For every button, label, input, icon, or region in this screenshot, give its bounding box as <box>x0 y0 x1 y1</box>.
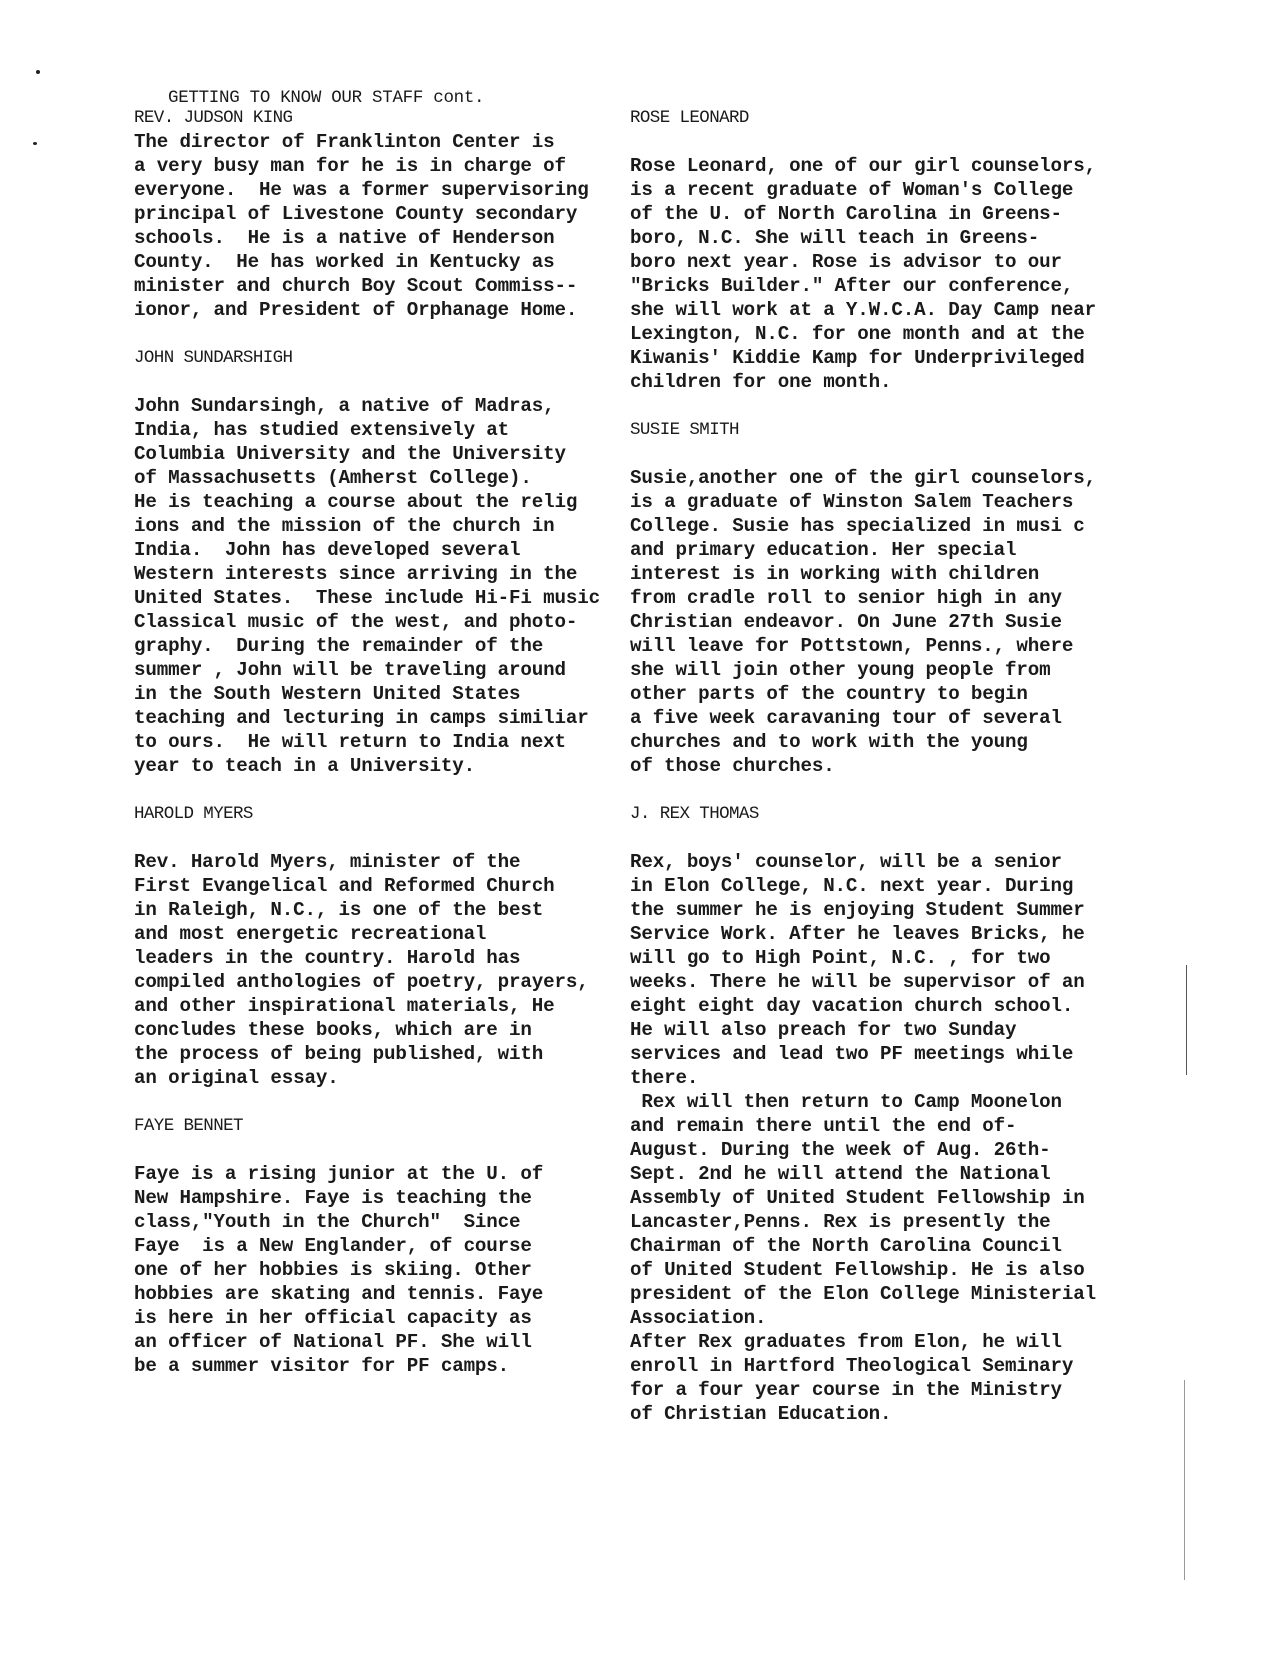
bio-text-line: she will work at a Y.W.C.A. Day Camp nea… <box>630 298 1096 322</box>
bio-text-line: there. <box>630 1066 698 1090</box>
bio-text-line: in Raleigh, N.C., is one of the best <box>134 898 543 922</box>
bio-text-line: be a summer visitor for PF camps. <box>134 1354 509 1378</box>
bio-text-line: minister and church Boy Scout Commiss-- <box>134 274 577 298</box>
bio-text-line: the process of being published, with <box>134 1042 543 1066</box>
bio-text-line: is a graduate of Winston Salem Teachers <box>630 490 1073 514</box>
bio-text-line: Classical music of the west, and photo- <box>134 610 577 634</box>
bio-text-line: India, has studied extensively at <box>134 418 509 442</box>
bio-text-line: in Elon College, N.C. next year. During <box>630 874 1073 898</box>
bio-text-line: churches and to work with the young <box>630 730 1028 754</box>
bio-text-line: of the U. of North Carolina in Greens- <box>630 202 1062 226</box>
staff-name-heading: ROSE LEONARD <box>630 106 749 130</box>
bio-text-line: principal of Livestone County secondary <box>134 202 577 226</box>
bio-text-line: boro next year. Rose is advisor to our <box>630 250 1062 274</box>
bio-text-line: County. He has worked in Kentucky as <box>134 250 554 274</box>
bio-text-line: leaders in the country. Harold has <box>134 946 520 970</box>
scan-edge-line <box>1186 965 1187 1075</box>
bio-text-line: New Hampshire. Faye is teaching the <box>134 1186 532 1210</box>
scan-speck <box>36 70 40 74</box>
bio-text-line: of United Student Fellowship. He is also <box>630 1258 1085 1282</box>
bio-text-line: services and lead two PF meetings while <box>630 1042 1073 1066</box>
bio-text-line: will go to High Point, N.C. , for two <box>630 946 1050 970</box>
bio-text-line: Columbia University and the University <box>134 442 566 466</box>
bio-text-line: Service Work. After he leaves Bricks, he <box>630 922 1085 946</box>
bio-text-line: to ours. He will return to India next <box>134 730 566 754</box>
bio-text-line: class,"Youth in the Church" Since <box>134 1210 520 1234</box>
bio-text-line: of those churches. <box>630 754 835 778</box>
bio-text-line: India. John has developed several <box>134 538 520 562</box>
bio-text-line: from cradle roll to senior high in any <box>630 586 1062 610</box>
bio-text-line: ions and the mission of the church in <box>134 514 554 538</box>
bio-text-line: an original essay. <box>134 1066 339 1090</box>
bio-text-line: and most energetic recreational <box>134 922 486 946</box>
bio-text-line: weeks. There he will be supervisor of an <box>630 970 1085 994</box>
bio-text-line: other parts of the country to begin <box>630 682 1028 706</box>
staff-name-heading: HAROLD MYERS <box>134 802 253 826</box>
bio-text-line: everyone. He was a former supervisoring <box>134 178 589 202</box>
bio-text-line: Faye is a rising junior at the U. of <box>134 1162 543 1186</box>
bio-text-line: ionor, and President of Orphanage Home. <box>134 298 577 322</box>
document-page: GETTING TO KNOW OUR STAFF cont. REV. JUD… <box>0 0 1274 1657</box>
staff-name-heading: FAYE BENNET <box>134 1114 243 1138</box>
bio-text-line: compiled anthologies of poetry, prayers, <box>134 970 589 994</box>
bio-text-line: John Sundarsingh, a native of Madras, <box>134 394 554 418</box>
bio-text-line: schools. He is a native of Henderson <box>134 226 554 250</box>
bio-text-line: Susie,another one of the girl counselors… <box>630 466 1096 490</box>
staff-name-heading: REV. JUDSON KING <box>134 106 292 130</box>
bio-text-line: teaching and lecturing in camps similiar <box>134 706 589 730</box>
bio-text-line: graphy. During the remainder of the <box>134 634 543 658</box>
bio-text-line: The director of Franklinton Center is <box>134 130 554 154</box>
bio-text-line: and other inspirational materials, He <box>134 994 554 1018</box>
bio-text-line: children for one month. <box>630 370 891 394</box>
bio-text-line: Lexington, N.C. for one month and at the <box>630 322 1085 346</box>
bio-text-line: United States. These include Hi-Fi music <box>134 586 600 610</box>
bio-text-line: Rose Leonard, one of our girl counselors… <box>630 154 1096 178</box>
bio-text-line: August. During the week of Aug. 26th- <box>630 1138 1050 1162</box>
bio-text-line: Assembly of United Student Fellowship in <box>630 1186 1085 1210</box>
bio-text-line: concludes these books, which are in <box>134 1018 532 1042</box>
staff-name-heading: SUSIE SMITH <box>630 418 739 442</box>
bio-text-line: After Rex graduates from Elon, he will <box>630 1330 1062 1354</box>
bio-text-line: and primary education. Her special <box>630 538 1016 562</box>
bio-text-line: for a four year course in the Ministry <box>630 1378 1062 1402</box>
bio-text-line: Chairman of the North Carolina Council <box>630 1234 1062 1258</box>
bio-text-line: boro, N.C. She will teach in Greens- <box>630 226 1039 250</box>
bio-text-line: one of her hobbies is skiing. Other <box>134 1258 532 1282</box>
bio-text-line: is a recent graduate of Woman's College <box>630 178 1073 202</box>
bio-text-line: an officer of National PF. She will <box>134 1330 532 1354</box>
bio-text-line: will leave for Pottstown, Penns., where <box>630 634 1073 658</box>
bio-text-line: Rev. Harold Myers, minister of the <box>134 850 520 874</box>
bio-text-line: Rex will then return to Camp Moonelon <box>630 1090 1062 1114</box>
bio-text-line: the summer he is enjoying Student Summer <box>630 898 1085 922</box>
scan-speck <box>33 142 37 145</box>
bio-text-line: First Evangelical and Reformed Church <box>134 874 554 898</box>
bio-text-line: Faye is a New Englander, of course <box>134 1234 532 1258</box>
bio-text-line: Rex, boys' counselor, will be a senior <box>630 850 1062 874</box>
bio-text-line: in the South Western United States <box>134 682 520 706</box>
bio-text-line: and remain there until the end of- <box>630 1114 1016 1138</box>
bio-text-line: president of the Elon College Ministeria… <box>630 1282 1096 1306</box>
bio-text-line: summer , John will be traveling around <box>134 658 566 682</box>
bio-text-line: College. Susie has specialized in musi c <box>630 514 1085 538</box>
bio-text-line: a very busy man for he is in charge of <box>134 154 566 178</box>
bio-text-line: Western interests since arriving in the <box>134 562 577 586</box>
bio-text-line: year to teach in a University. <box>134 754 475 778</box>
scan-edge-line <box>1184 1380 1185 1580</box>
bio-text-line: Lancaster,Penns. Rex is presently the <box>630 1210 1050 1234</box>
bio-text-line: of Christian Education. <box>630 1402 891 1426</box>
bio-text-line: hobbies are skating and tennis. Faye <box>134 1282 543 1306</box>
bio-text-line: Association. <box>630 1306 766 1330</box>
bio-text-line: Sept. 2nd he will attend the National <box>630 1162 1050 1186</box>
bio-text-line: she will join other young people from <box>630 658 1050 682</box>
staff-name-heading: JOHN SUNDARSHIGH <box>134 346 292 370</box>
bio-text-line: eight eight day vacation church school. <box>630 994 1073 1018</box>
bio-text-line: enroll in Hartford Theological Seminary <box>630 1354 1073 1378</box>
bio-text-line: Christian endeavor. On June 27th Susie <box>630 610 1062 634</box>
bio-text-line: interest is in working with children <box>630 562 1039 586</box>
bio-text-line: He will also preach for two Sunday <box>630 1018 1016 1042</box>
bio-text-line: of Massachusetts (Amherst College). <box>134 466 532 490</box>
staff-name-heading: J. REX THOMAS <box>630 802 759 826</box>
bio-text-line: "Bricks Builder." After our conference, <box>630 274 1073 298</box>
bio-text-line: Kiwanis' Kiddie Kamp for Underprivileged <box>630 346 1085 370</box>
bio-text-line: He is teaching a course about the relig <box>134 490 577 514</box>
bio-text-line: is here in her official capacity as <box>134 1306 532 1330</box>
bio-text-line: a five week caravaning tour of several <box>630 706 1062 730</box>
